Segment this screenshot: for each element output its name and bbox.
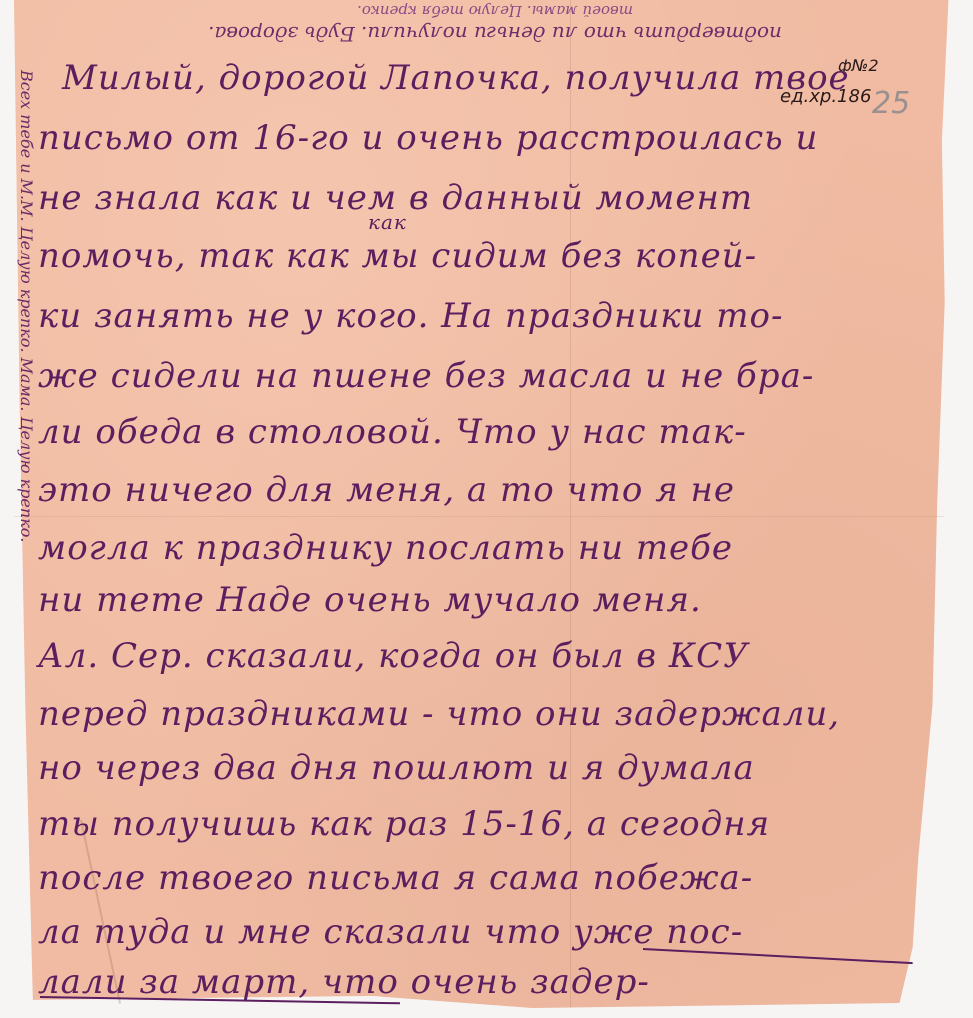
letter-line-5: ки занять не у кого. На праздники то- xyxy=(38,296,783,336)
letter-line-1: Милый, дорогой Лапочка, получила твое xyxy=(62,58,850,98)
letter-line-13: но через два дня пошлют и я думала xyxy=(38,748,755,788)
letter-line-2: письмо от 16-го и очень расстроилась и xyxy=(38,118,818,158)
letter-line-9: могла к празднику послать ни тебе xyxy=(38,528,733,568)
letter-line-14: ты получишь как раз 15-16, а сегодня xyxy=(38,804,770,844)
letter-line-4: помочь, так как мы сидим без копей- xyxy=(38,236,757,276)
letter-line-11: Ал. Сер. сказали, когда он был в КСУ xyxy=(38,636,749,676)
upside-down-postscript-line-2: твоей мамы. Целую тебя крепко. xyxy=(40,2,950,20)
letter-line-17: лали за март, что очень задер- xyxy=(38,962,650,1002)
letter-line-12: перед праздниками - что они задержали, xyxy=(38,694,840,734)
letter-line-16: ла туда и мне сказали что уже пос- xyxy=(38,912,743,952)
upside-down-postscript-line-1: подтвердить что ли деньги получили. Будь… xyxy=(30,22,960,46)
letter-line-6: же сидели на пшене без масла и не бра- xyxy=(38,356,814,396)
letter-line-15: после твоего письма я сама побежа- xyxy=(38,858,753,898)
left-margin-note: Всех тебе и М.М. Целую крепко. Мама. Цел… xyxy=(17,70,36,542)
pencil-page-number: 25 xyxy=(872,86,910,121)
scan-canvas: твоей мамы. Целую тебя крепко. подтверди… xyxy=(0,0,973,1018)
horizontal-fold-crease xyxy=(14,516,944,517)
letter-line-10: ни тете Наде очень мучало меня. xyxy=(38,580,702,620)
letter-line-7: ли обеда в столовой. Что у нас так- xyxy=(38,412,747,452)
letter-line-8: это ничего для меня, а то что я не xyxy=(38,470,735,510)
letter-line-3: не знала как и чем в данный момент xyxy=(38,178,753,218)
